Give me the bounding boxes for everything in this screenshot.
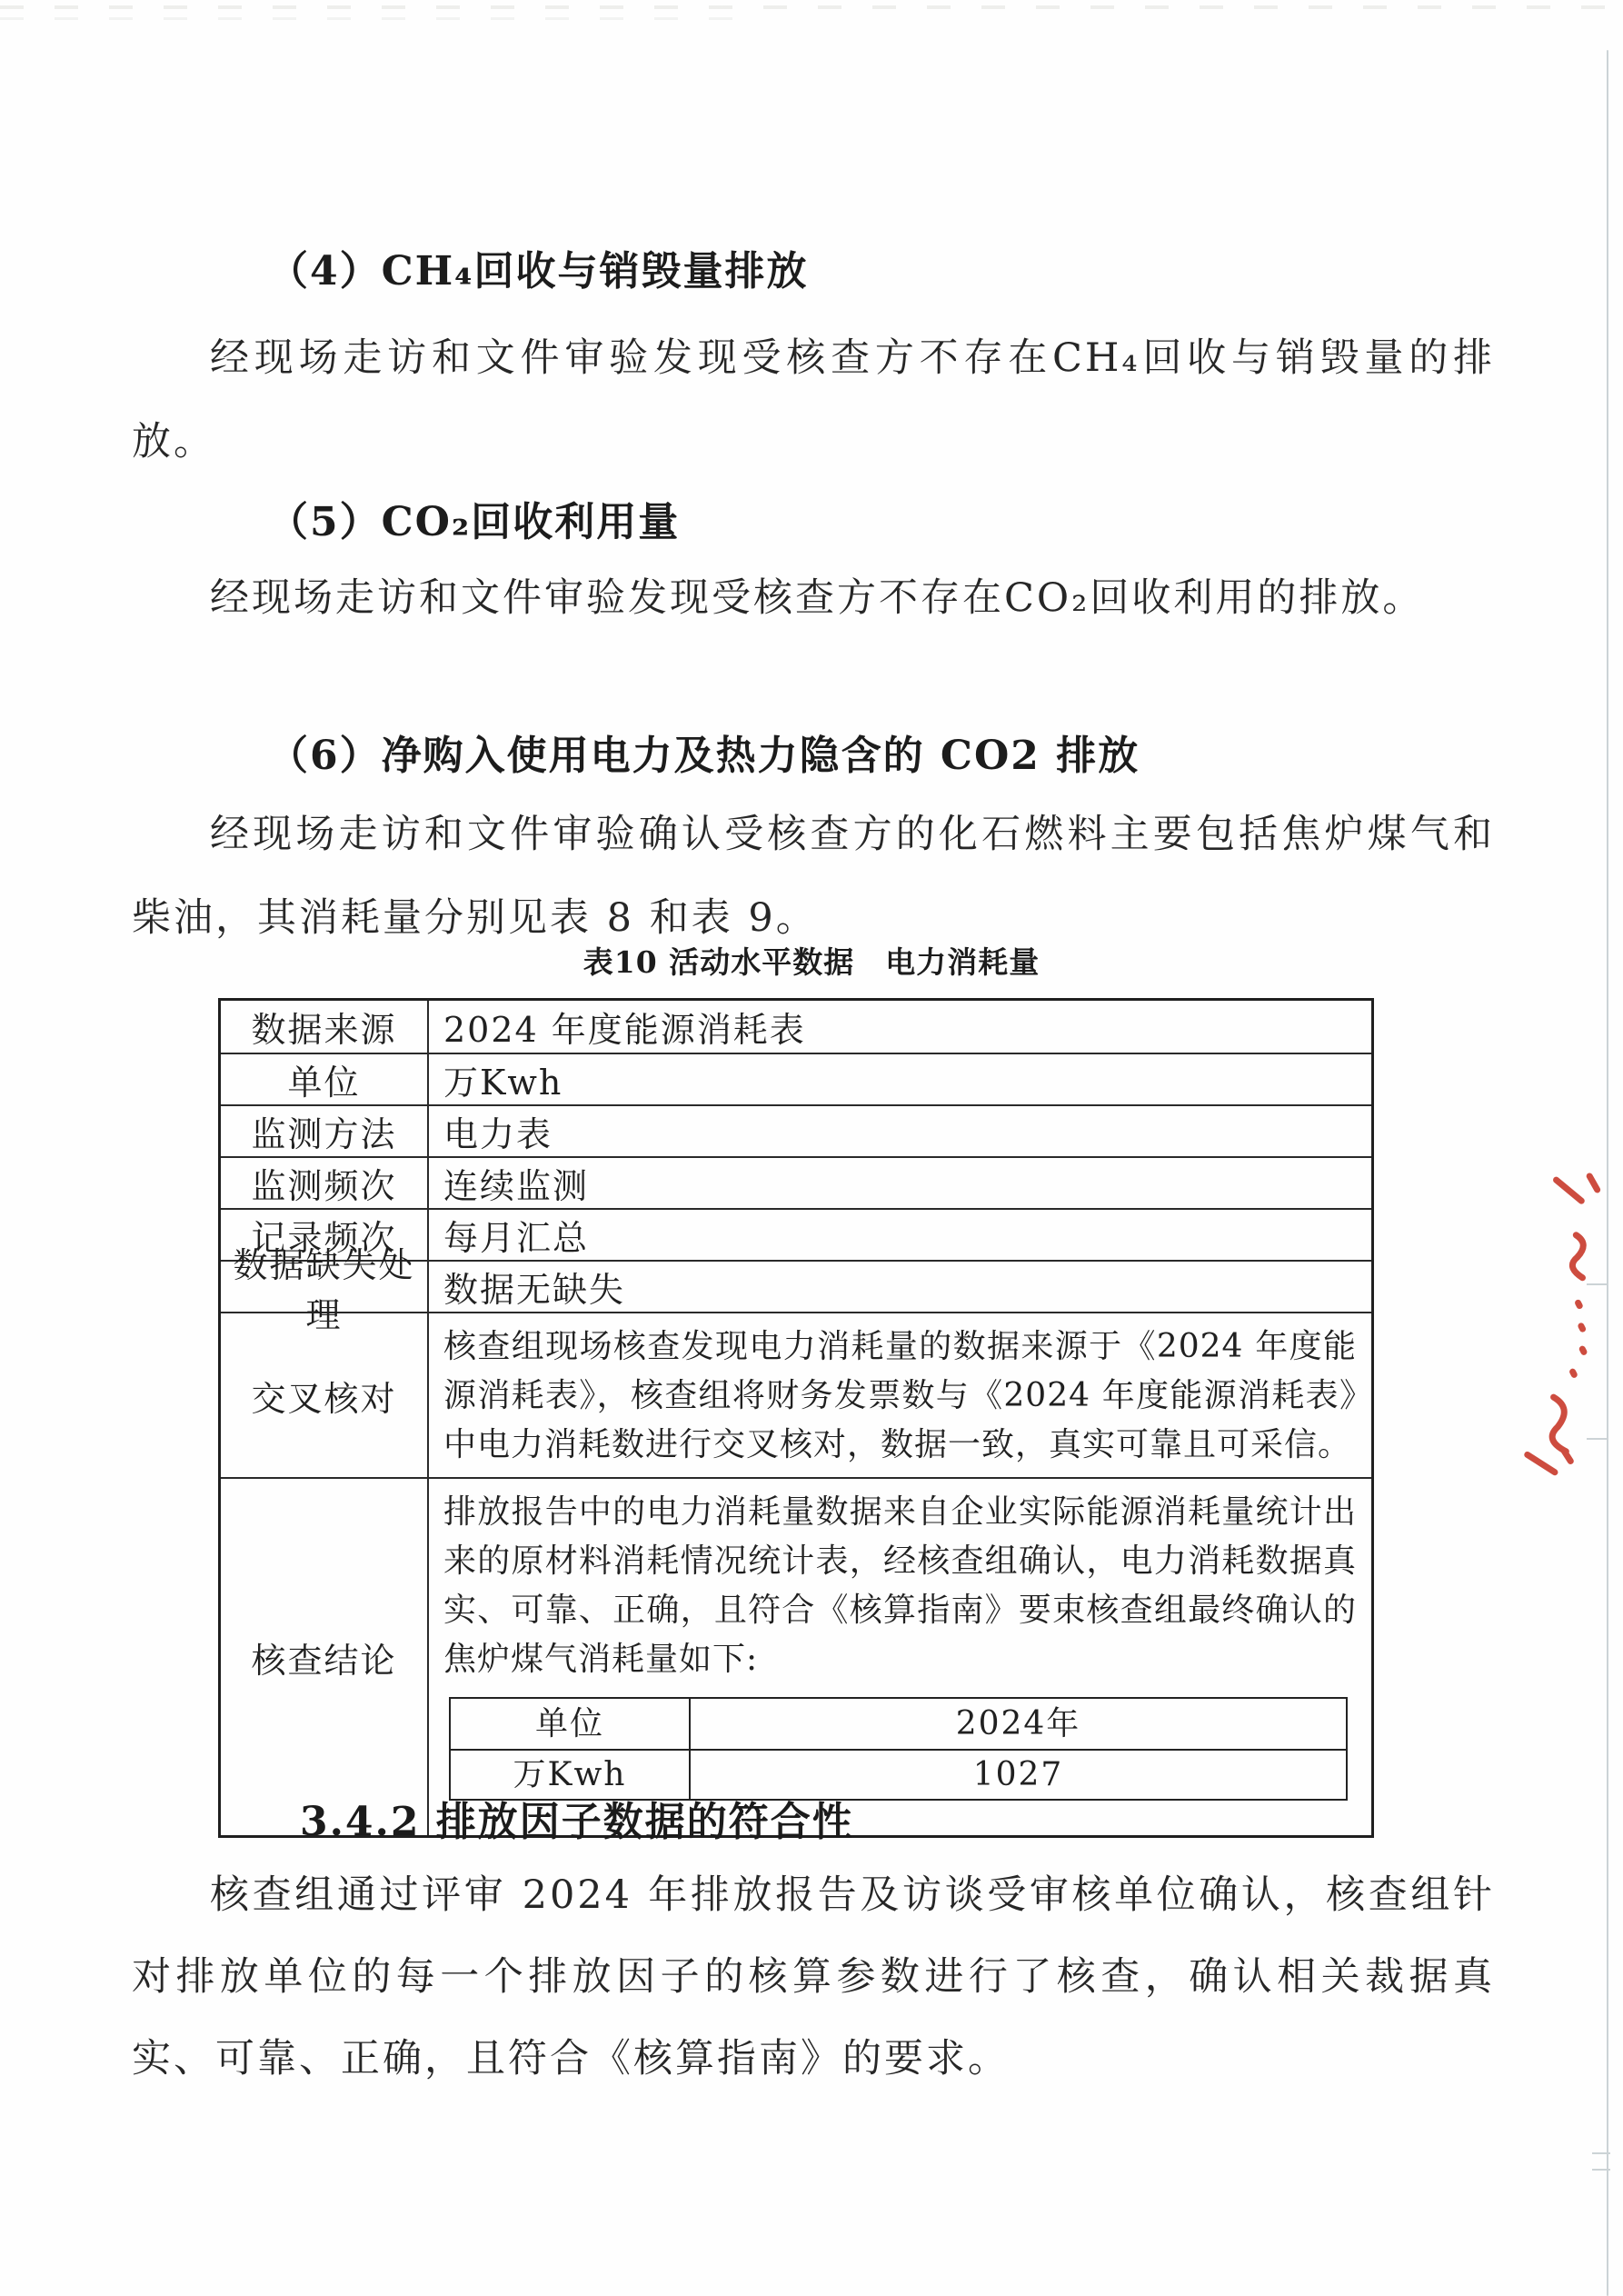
handwritten-red-margin-note <box>1492 1143 1623 1506</box>
row-value: 每月汇总 <box>427 1210 1371 1260</box>
row-label: 数据缺失处理 <box>221 1262 427 1312</box>
row-value: 2024 年度能源消耗表 <box>427 1001 1371 1053</box>
inner-table-header-row: 单位 2024年 <box>451 1699 1346 1749</box>
scan-edge-tick <box>1587 1283 1608 1285</box>
activity-level-data-table: 数据来源 2024 年度能源消耗表 单位 万Kwh 监测方法 电力表 监测频次 … <box>218 998 1374 1838</box>
row-label: 单位 <box>221 1054 427 1104</box>
table-row: 监测频次 连续监测 <box>221 1156 1371 1208</box>
table-10-caption: 表10 活动水平数据 电力消耗量 <box>0 939 1623 982</box>
table-row: 单位 万Kwh <box>221 1053 1371 1104</box>
section-5-paragraph: 经现场走访和文件审验发现受核查方不存在CO₂回收利用的排放。 <box>132 556 1495 640</box>
section-5-heading: （5）CO₂回收利用量 <box>268 489 680 547</box>
row-value: 连续监测 <box>427 1158 1371 1208</box>
subsection-3-4-2-heading: 3.4.2 排放因子数据的符合性 <box>300 1789 854 1847</box>
scan-noise-streak <box>0 17 745 20</box>
row-label: 核查结论 <box>221 1479 427 1835</box>
scanned-document-page: （4）CH₄回收与销毁量排放 经现场走访和文件审验发现受核查方不存在CH₄回收与… <box>0 0 1623 2296</box>
section-6-paragraph: 经现场走访和文件审验确认受核查方的化石燃料主要包括焦炉煤气和柴油，其消耗量分别见… <box>132 793 1495 960</box>
row-value: 万Kwh <box>427 1054 1371 1104</box>
table-row: 数据缺失处理 数据无缺失 <box>221 1260 1371 1312</box>
scan-edge-line <box>1607 50 1608 2296</box>
conclusion-text: 排放报告中的电力消耗量数据来自企业实际能源消耗量统计出来的原材料消耗情况统计表，… <box>443 1488 1357 1684</box>
row-value: 数据无缺失 <box>427 1262 1371 1312</box>
inner-header-unit: 单位 <box>451 1699 689 1749</box>
row-label: 监测频次 <box>221 1158 427 1208</box>
electricity-consumption-inner-table: 单位 2024年 万Kwh 1027 <box>449 1697 1348 1801</box>
section-6-heading: （6）净购入使用电力及热力隐含的 CO2 排放 <box>268 723 1140 781</box>
row-label: 数据来源 <box>221 1001 427 1053</box>
conclusion-row: 核查结论 排放报告中的电力消耗量数据来自企业实际能源消耗量统计出来的原材料消耗情… <box>221 1477 1371 1835</box>
scan-noise-streak <box>0 5 1623 9</box>
row-value: 电力表 <box>427 1106 1371 1156</box>
section-4-paragraph: 经现场走访和文件审验发现受核查方不存在CH₄回收与销毁量的排放。 <box>132 316 1495 484</box>
inner-header-year: 2024年 <box>689 1699 1346 1749</box>
scan-edge-tick <box>1592 2152 1610 2154</box>
table-row: 监测方法 电力表 <box>221 1104 1371 1156</box>
subsection-3-4-2-paragraph: 核查组通过评审 2024 年排放报告及访谈受审核单位确认，核查组针对排放单位的每… <box>132 1854 1495 2100</box>
table-row: 数据来源 2024 年度能源消耗表 <box>221 1001 1371 1053</box>
section-4-heading: （4）CH₄回收与销毁量排放 <box>268 238 808 296</box>
scan-edge-tick <box>1592 2169 1610 2171</box>
row-label: 监测方法 <box>221 1106 427 1156</box>
cross-check-text: 核查组现场核查发现电力消耗量的数据来源于《2024 年度能源消耗表》，核查组将财… <box>427 1313 1371 1477</box>
scan-edge-tick <box>1587 1438 1608 1440</box>
row-label: 交叉核对 <box>221 1313 427 1477</box>
conclusion-cell: 排放报告中的电力消耗量数据来自企业实际能源消耗量统计出来的原材料消耗情况统计表，… <box>427 1479 1371 1835</box>
cross-check-row: 交叉核对 核查组现场核查发现电力消耗量的数据来源于《2024 年度能源消耗表》，… <box>221 1312 1371 1477</box>
